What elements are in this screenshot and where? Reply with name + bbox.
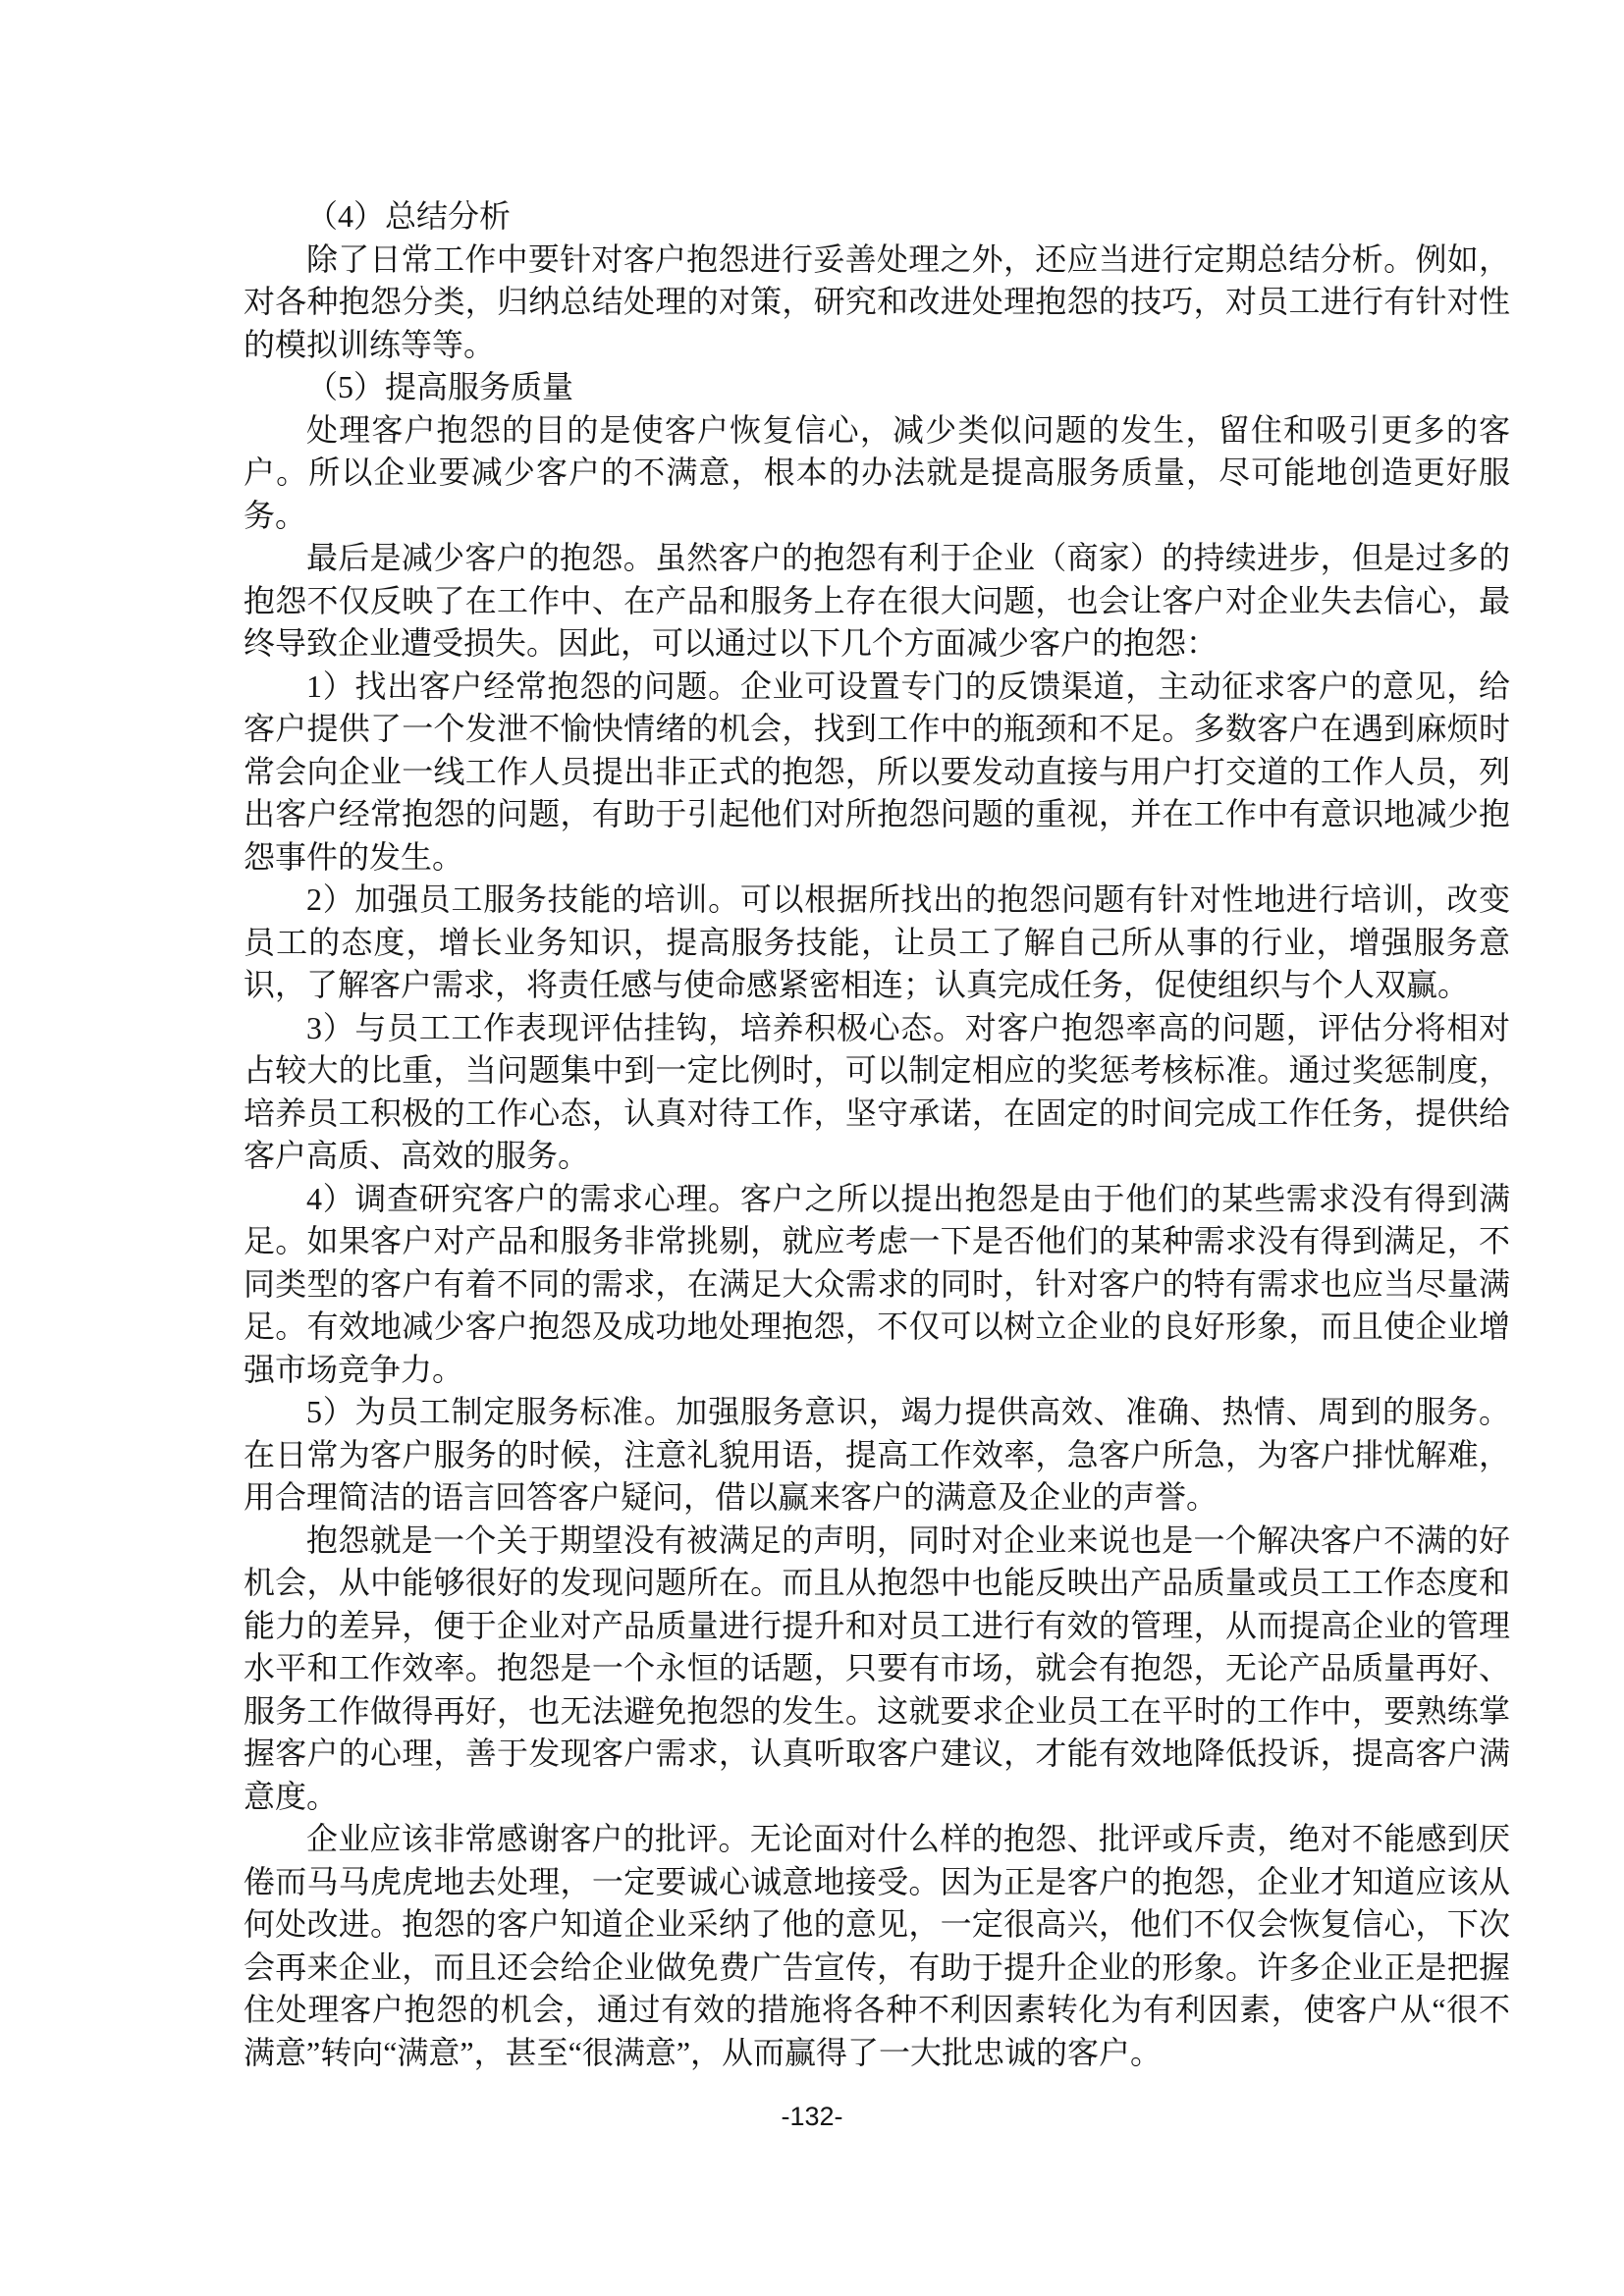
paragraph: 企业应该非常感谢客户的批评。无论面对什么样的抱怨、批评或斥责，绝对不能感到厌倦而… xyxy=(244,1818,1510,2074)
paragraph: 抱怨就是一个关于期望没有被满足的声明，同时对企业来说也是一个解决客户不满的好机会… xyxy=(244,1520,1510,1819)
page-number: -132- xyxy=(0,2101,1624,2132)
paragraph: 处理客户抱怨的目的是使客户恢复信心，减少类似问题的发生，留住和吸引更多的客户。所… xyxy=(244,409,1510,538)
list-item-paragraph-3: 3）与员工工作表现评估挂钩，培养积极心态。对客户抱怨率高的问题，评估分将相对占较… xyxy=(244,1007,1510,1178)
section-heading-4: （4）总结分析 xyxy=(244,195,1510,239)
paragraph: 最后是减少客户的抱怨。虽然客户的抱怨有利于企业（商家）的持续进步，但是过多的抱怨… xyxy=(244,537,1510,666)
list-item-paragraph-1: 1）找出客户经常抱怨的问题。企业可设置专门的反馈渠道，主动征求客户的意见，给客户… xyxy=(244,666,1510,880)
section-heading-5: （5）提高服务质量 xyxy=(244,366,1510,409)
list-item-paragraph-5: 5）为员工制定服务标准。加强服务意识，竭力提供高效、准确、热情、周到的服务。在日… xyxy=(244,1391,1510,1520)
paragraph: 除了日常工作中要针对客户抱怨进行妥善处理之外，还应当进行定期总结分析。例如，对各… xyxy=(244,239,1510,367)
list-item-paragraph-2: 2）加强员工服务技能的培训。可以根据所找出的抱怨问题有针对性地进行培训，改变员工… xyxy=(244,879,1510,1007)
page-body-text: （4）总结分析 除了日常工作中要针对客户抱怨进行妥善处理之外，还应当进行定期总结… xyxy=(244,195,1510,2074)
document-page: （4）总结分析 除了日常工作中要针对客户抱怨进行妥善处理之外，还应当进行定期总结… xyxy=(0,0,1624,2296)
list-item-paragraph-4: 4）调查研究客户的需求心理。客户之所以提出抱怨是由于他们的某些需求没有得到满足。… xyxy=(244,1178,1510,1392)
